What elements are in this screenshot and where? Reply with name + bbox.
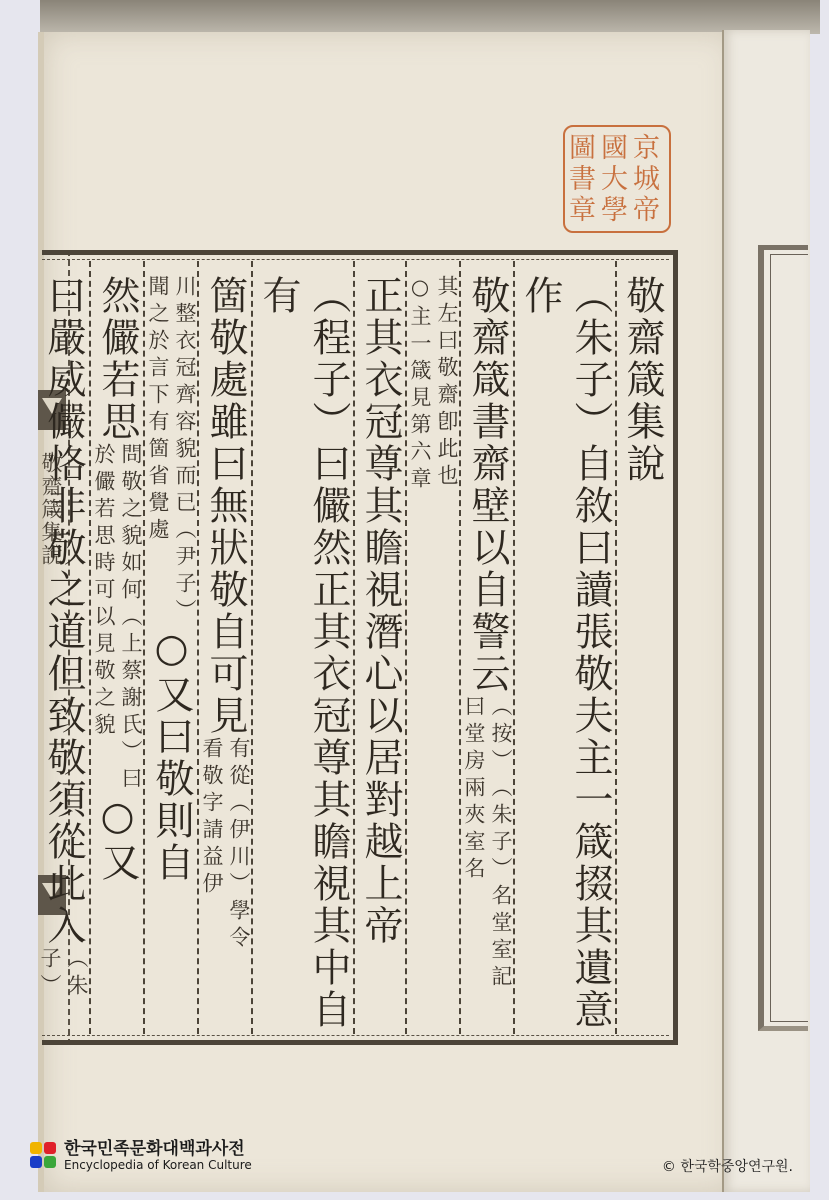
commentary-text: 其左曰敬齋卽此也 — [434, 275, 459, 494]
next-page-frame-border — [758, 245, 808, 1031]
library-seal-stamp: 京城帝 國大學 圖書章 — [563, 125, 671, 233]
commentary-text: 子︶ — [37, 947, 62, 1001]
commentary-text: 看敬字請益伊 — [199, 737, 224, 953]
seal-column: 國大學 — [601, 133, 633, 225]
text-column: 其左曰敬齋卽此也○主一箴見第六章 — [405, 261, 459, 1034]
commentary-text: 於儼若思時可以見敬之貌 — [91, 443, 116, 794]
document-title: 敬齋箴集說 — [617, 275, 667, 485]
encyclopedia-brand: 한국민족문화대백과사전 Encyclopedia of Korean Cultu… — [30, 1140, 252, 1172]
commentary-text: 有從︵伊川︶學令 — [226, 737, 251, 953]
main-text: ︵程子︶曰儼然正其衣冠尊其瞻視其中自有 — [253, 275, 353, 1034]
seal-column: 圖書章 — [569, 133, 601, 225]
commentary-pair: ︵按︶︵朱子︶名堂室記曰堂房兩夾室名 — [461, 695, 513, 992]
copyright-notice: © 한국학중앙연구원. — [662, 1156, 793, 1176]
seal-column: 京城帝 — [633, 133, 665, 225]
commentary-pair: 問敬之貌如何︵上蔡謝氏︶曰於儼若思時可以見敬之貌 — [91, 443, 143, 794]
commentary-text: ︵按︶︵朱子︶名堂室記 — [488, 695, 513, 992]
commentary-text: ︵朱 — [64, 947, 89, 1001]
text-frame: 敬齋箴集說︵朱子︶自敘曰讀張敬夫主一箴掇其遺意作敬齋箴書齋壁以自警云︵按︶︵朱子… — [42, 250, 678, 1045]
main-text: 曰嚴威儼恪非敬之道但致敬須從此入 — [38, 275, 88, 947]
text-column: 川整衣冠齊容貌而已︵尹子︶聞之於言下有箇省覺處○又曰敬則自 — [143, 261, 197, 1034]
commentary-text: 曰堂房兩夾室名 — [461, 695, 486, 992]
commentary-text: 問敬之貌如何︵上蔡謝氏︶曰 — [118, 443, 143, 794]
encyclopedia-logo-icon — [30, 1142, 58, 1170]
main-text: 正其衣冠尊其瞻視潛心以居對越上帝 — [355, 275, 405, 947]
brand-korean-name: 한국민족문화대백과사전 — [64, 1140, 252, 1158]
title-column: 敬齋箴集說 — [615, 261, 667, 1034]
commentary-pair: 有從︵伊川︶學令看敬字請益伊 — [199, 737, 251, 953]
text-columns: 敬齋箴集說︵朱子︶自敘曰讀張敬夫主一箴掇其遺意作敬齋箴書齋壁以自警云︵按︶︵朱子… — [78, 261, 667, 1034]
main-text: 敬齋箴書齋壁以自警云 — [462, 275, 512, 695]
text-column: ︵程子︶曰儼然正其衣冠尊其瞻視其中自有 — [251, 261, 353, 1034]
main-text: ○又曰敬則自 — [146, 626, 196, 884]
main-text: 箇敬處雖曰無狀敬自可見 — [200, 275, 250, 737]
commentary-text: 川整衣冠齊容貌而已︵尹子︶ — [172, 275, 197, 626]
text-column: 曰嚴威儼恪非敬之道但致敬須從此入︵朱子︶ — [37, 261, 89, 1034]
brand-english-name: Encyclopedia of Korean Culture — [64, 1158, 252, 1172]
commentary-text: ○主一箴見第六章 — [407, 275, 432, 494]
text-column: 正其衣冠尊其瞻視潛心以居對越上帝 — [353, 261, 405, 1034]
page-shadow — [40, 0, 820, 34]
main-text: 然儼若思 — [92, 275, 142, 443]
text-column: 箇敬處雖曰無狀敬自可見有從︵伊川︶學令看敬字請益伊 — [197, 261, 251, 1034]
text-column: 敬齋箴書齋壁以自警云︵按︶︵朱子︶名堂室記曰堂房兩夾室名 — [459, 261, 513, 1034]
main-text: ︵朱子︶自敘曰讀張敬夫主一箴掇其遺意作 — [515, 275, 615, 1034]
main-text: ○又 — [92, 794, 142, 884]
commentary-text: 聞之於言下有箇省覺處 — [145, 275, 170, 626]
commentary-pair: 川整衣冠齊容貌而已︵尹子︶聞之於言下有箇省覺處 — [145, 275, 197, 626]
commentary-pair: ︵朱子︶ — [37, 947, 89, 1001]
commentary-pair: 其左曰敬齋卽此也○主一箴見第六章 — [407, 275, 459, 494]
text-column: 然儼若思問敬之貌如何︵上蔡謝氏︶曰於儼若思時可以見敬之貌○又 — [89, 261, 143, 1034]
text-column: ︵朱子︶自敘曰讀張敬夫主一箴掇其遺意作 — [513, 261, 615, 1034]
